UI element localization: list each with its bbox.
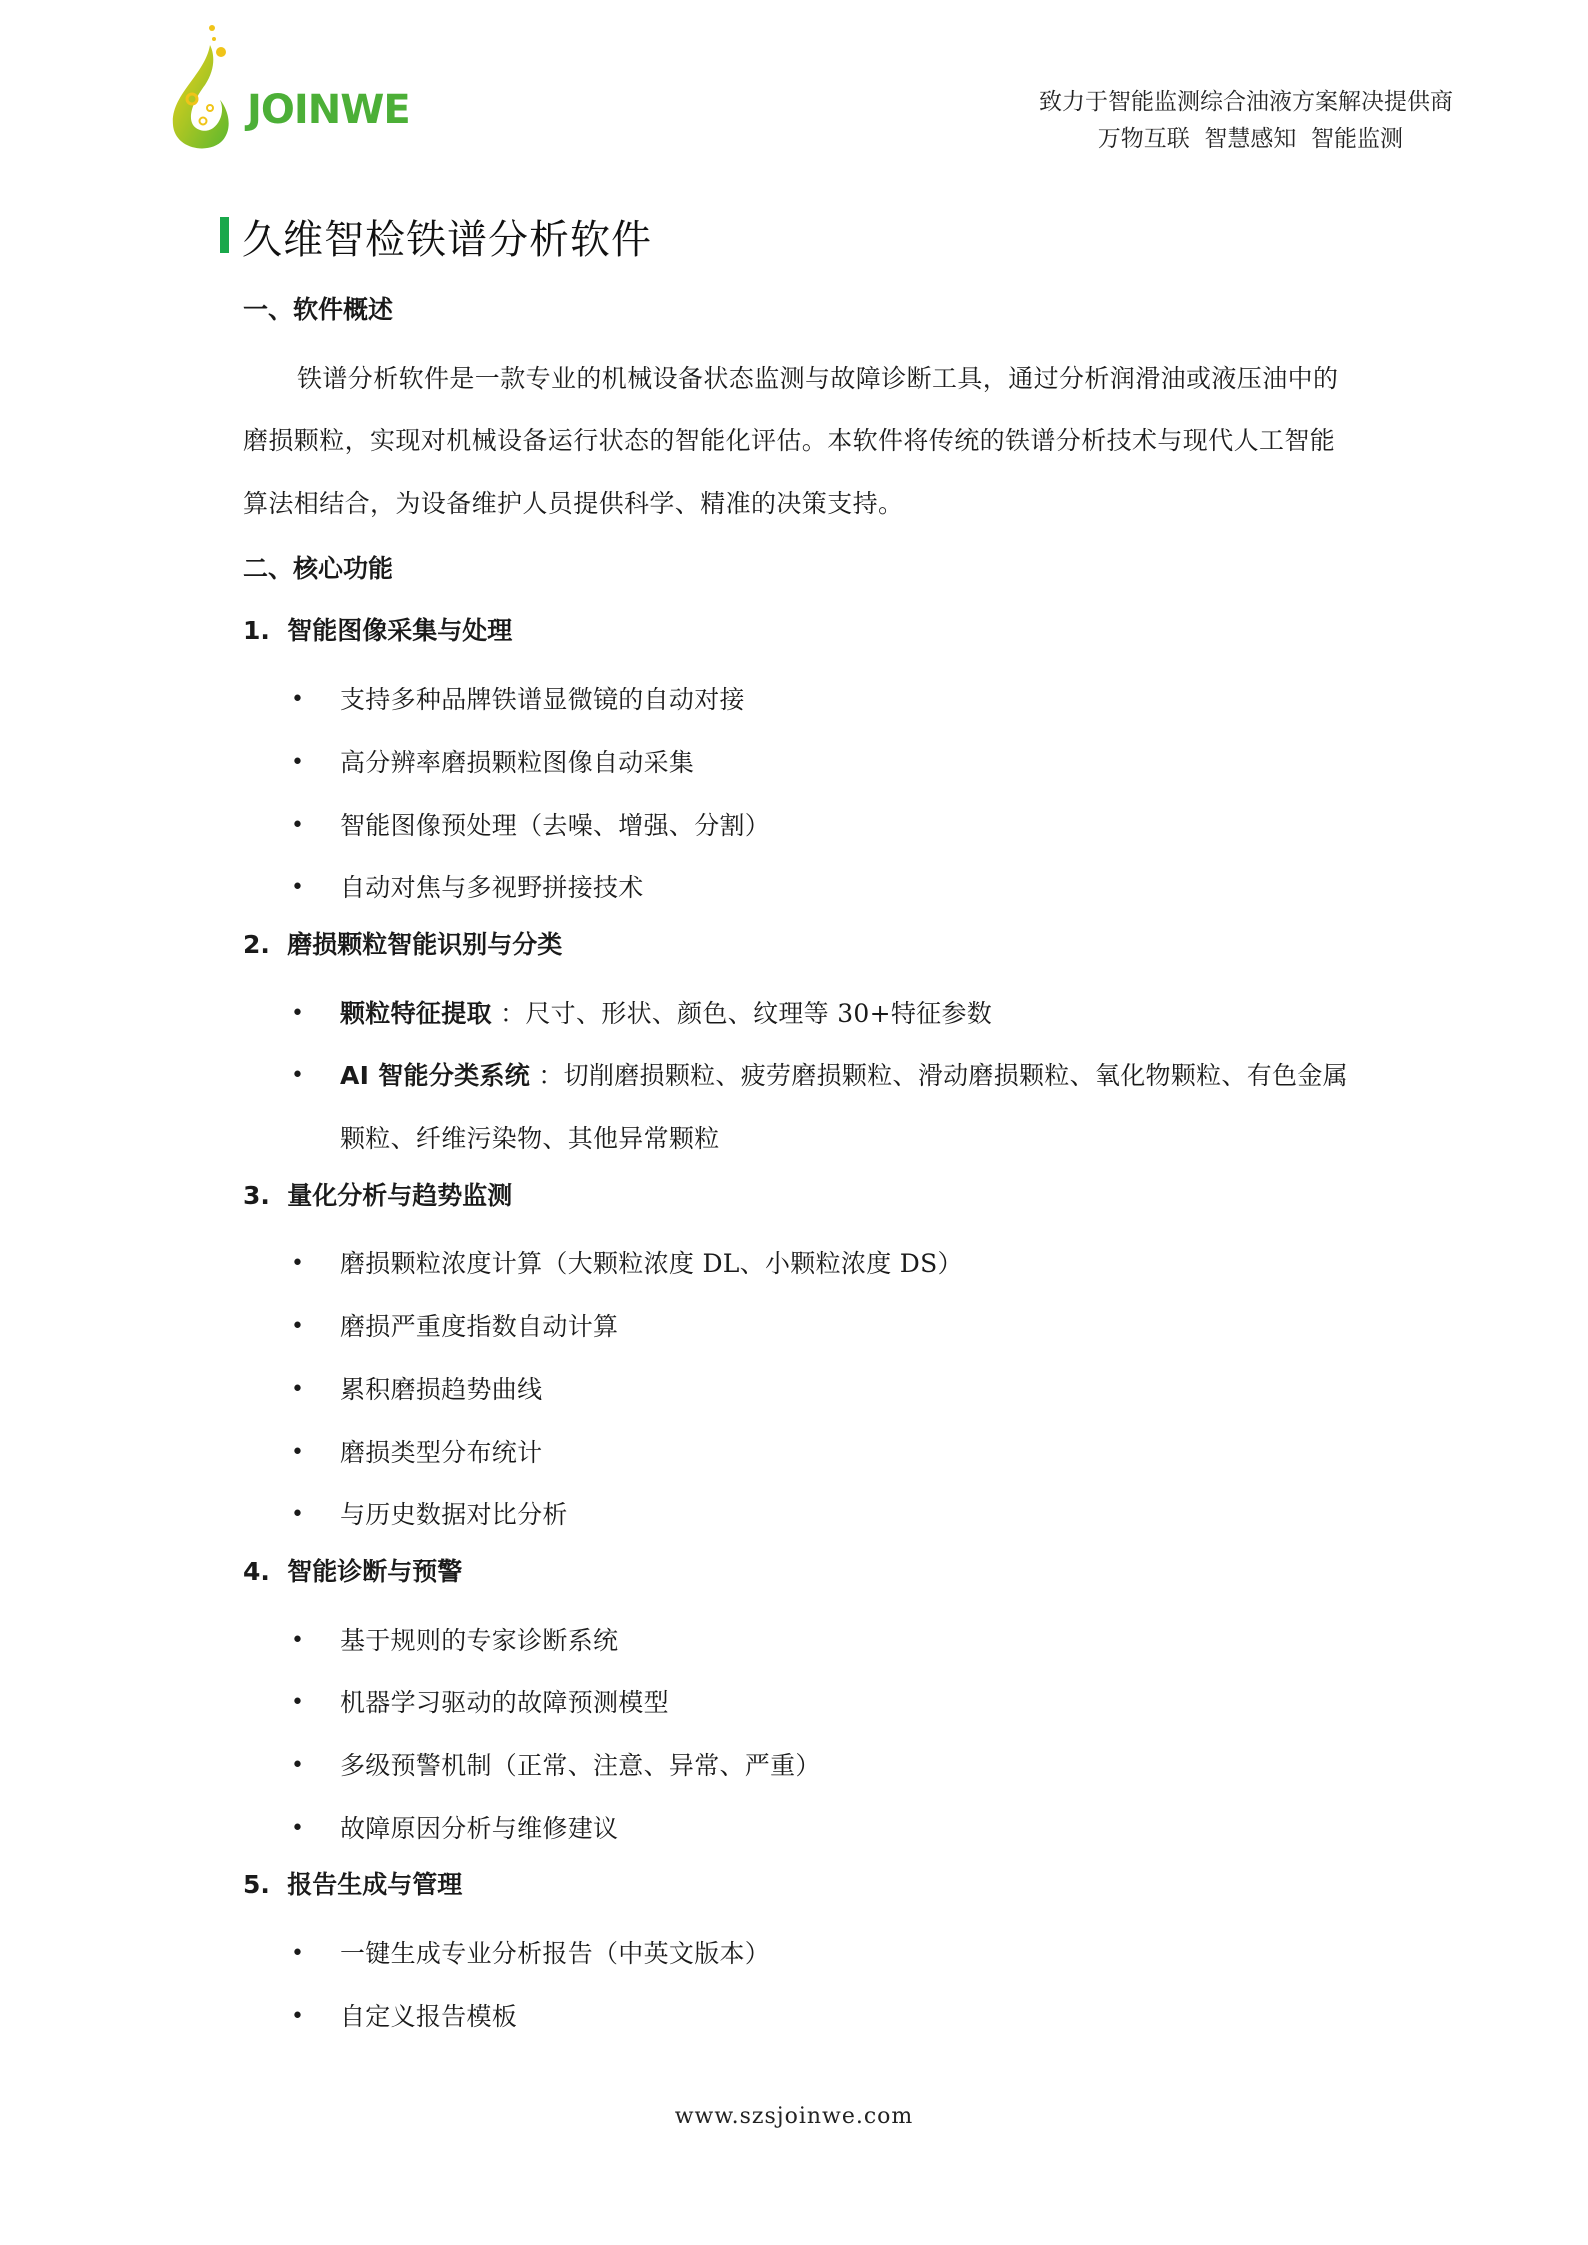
bullet-icon: •	[291, 732, 304, 795]
tagline-line-2: 万物互联 智慧感知 智能监测	[1039, 121, 1403, 158]
company-logo: JOINWE	[165, 25, 435, 155]
list-item: •自动对焦与多视野拼接技术	[243, 857, 1358, 920]
list-item: •自定义报告模板	[243, 1986, 1358, 2049]
bullet-icon: •	[291, 1672, 304, 1735]
oil-drop-logo-icon	[165, 25, 255, 155]
section-heading-overview: 一、软件概述	[243, 285, 1358, 348]
page-title: 久维智检铁谱分析软件	[242, 208, 652, 265]
list-item: •磨损类型分布统计	[243, 1422, 1358, 1485]
bullet-icon: •	[291, 1798, 304, 1861]
subheading-quantitative-analysis: 3. 量化分析与趋势监测	[243, 1171, 1358, 1234]
bullet-icon: •	[291, 1923, 304, 1986]
logo-wordmark: JOINWE	[247, 87, 410, 133]
bullet-icon: •	[291, 795, 304, 858]
bullet-icon: •	[291, 1610, 304, 1673]
item-label: AI 智能分类系统	[340, 1061, 530, 1090]
list-item: •机器学习驱动的故障预测模型	[243, 1672, 1358, 1735]
section-heading-core: 二、核心功能	[243, 544, 1358, 607]
bullet-icon: •	[291, 857, 304, 920]
bullet-icon: •	[291, 669, 304, 732]
list-item: •颗粒特征提取 ：尺寸、形状、颜色、纹理等 30+特征参数	[243, 983, 1358, 1046]
document-body: 一、软件概述 铁谱分析软件是一款专业的机械设备状态监测与故障诊断工具，通过分析润…	[243, 285, 1358, 2049]
bullet-icon: •	[291, 1484, 304, 1547]
tagline-line-1: 致力于智能监测综合油液方案解决提供商	[1039, 84, 1453, 121]
item-label: 颗粒特征提取	[340, 999, 492, 1028]
subheading-image-acquisition: 1. 智能图像采集与处理	[243, 606, 1358, 669]
title-accent-bar	[220, 217, 229, 253]
list-item: •基于规则的专家诊断系统	[243, 1610, 1358, 1673]
subheading-diagnosis-warning: 4. 智能诊断与预警	[243, 1547, 1358, 1610]
list-item: •支持多种品牌铁谱显微镜的自动对接	[243, 669, 1358, 732]
list-item: •AI 智能分类系统 ：切削磨损颗粒、疲劳磨损颗粒、滑动磨损颗粒、氧化物颗粒、有…	[243, 1045, 1358, 1170]
list-item: •磨损严重度指数自动计算	[243, 1296, 1358, 1359]
bullet-icon: •	[291, 1735, 304, 1798]
list-item: •磨损颗粒浓度计算（大颗粒浓度 DL、小颗粒浓度 DS）	[243, 1233, 1358, 1296]
bullet-icon: •	[291, 1045, 304, 1108]
list-item: •一键生成专业分析报告（中英文版本）	[243, 1923, 1358, 1986]
header-tagline: 致力于智能监测综合油液方案解决提供商 万物互联 智慧感知 智能监测	[1039, 84, 1453, 158]
list-item: •与历史数据对比分析	[243, 1484, 1358, 1547]
bullet-icon: •	[291, 983, 304, 1046]
list-item: •智能图像预处理（去噪、增强、分割）	[243, 795, 1358, 858]
bullet-icon: •	[291, 1359, 304, 1422]
bullet-icon: •	[291, 1296, 304, 1359]
list-item: •故障原因分析与维修建议	[243, 1798, 1358, 1861]
subheading-report-management: 5. 报告生成与管理	[243, 1860, 1358, 1923]
subheading-particle-recognition: 2. 磨损颗粒智能识别与分类	[243, 920, 1358, 983]
list-item: •高分辨率磨损颗粒图像自动采集	[243, 732, 1358, 795]
list-item: •多级预警机制（正常、注意、异常、严重）	[243, 1735, 1358, 1798]
bullet-icon: •	[291, 1233, 304, 1296]
bullet-icon: •	[291, 1422, 304, 1485]
bullet-icon: •	[291, 1986, 304, 2049]
footer-website-link[interactable]: www.szsjoinwe.com	[0, 2104, 1588, 2129]
overview-paragraph: 铁谱分析软件是一款专业的机械设备状态监测与故障诊断工具，通过分析润滑油或液压油中…	[243, 348, 1358, 536]
list-item: •累积磨损趋势曲线	[243, 1359, 1358, 1422]
